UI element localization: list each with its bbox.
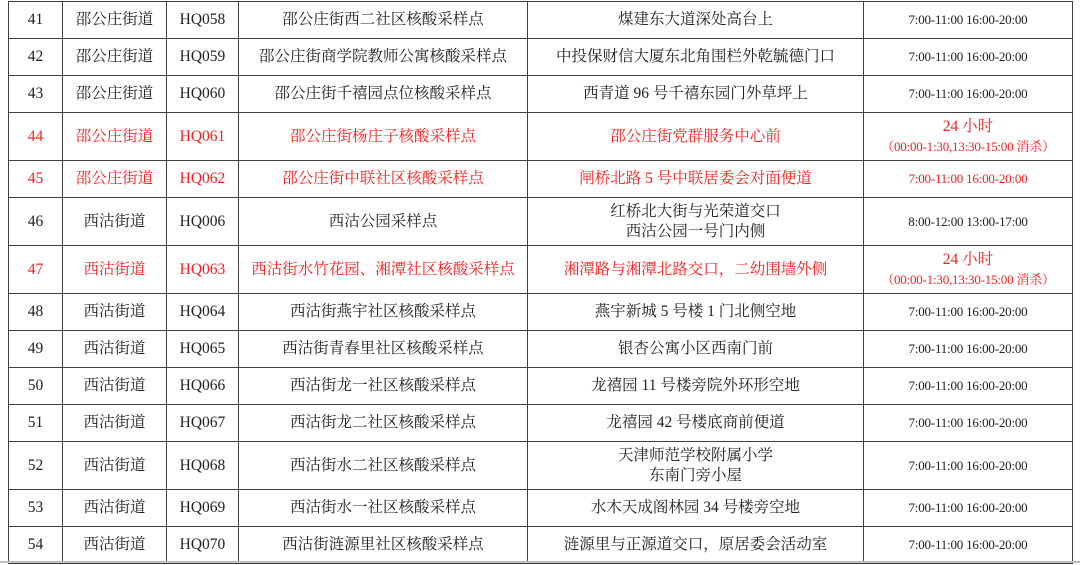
cell-street: 西沽街道 <box>63 368 167 405</box>
cell-site: 西沽街青春里社区核酸采样点 <box>239 331 528 368</box>
cell-hours: 7:00-11:00 16:00-20:00 <box>864 39 1073 76</box>
cell-seq: 49 <box>9 331 63 368</box>
cell-site: 西沽街涟源里社区核酸采样点 <box>239 527 528 564</box>
cell-site: 西沽街水二社区核酸采样点 <box>239 442 528 490</box>
cell-seq: 43 <box>9 76 63 113</box>
cell-street: 西沽街道 <box>63 331 167 368</box>
cell-code: HQ066 <box>167 368 239 405</box>
cell-street: 邵公庄街道 <box>63 113 167 161</box>
cell-code: HQ068 <box>167 442 239 490</box>
cell-address: 煤建东大道深处高台上 <box>528 2 864 39</box>
cell-street: 西沽街道 <box>63 442 167 490</box>
cell-seq: 41 <box>9 2 63 39</box>
page-bottom-edge <box>0 561 1080 563</box>
cell-street: 邵公庄街道 <box>63 39 167 76</box>
cell-seq: 54 <box>9 527 63 564</box>
cell-address: 湘潭路与湘潭北路交口，二幼围墙外侧 <box>528 246 864 294</box>
table-row: 50西沽街道HQ066西沽街龙一社区核酸采样点龙禧园 11 号楼旁院外环形空地7… <box>9 368 1073 405</box>
cell-address: 涟源里与正源道交口，原居委会活动室 <box>528 527 864 564</box>
cell-hours: 7:00-11:00 16:00-20:00 <box>864 405 1073 442</box>
cell-street: 邵公庄街道 <box>63 76 167 113</box>
cell-address: 西青道 96 号千禧东园门外草坪上 <box>528 76 864 113</box>
cell-code: HQ006 <box>167 198 239 246</box>
cell-seq: 47 <box>9 246 63 294</box>
cell-address: 燕宇新城 5 号楼 1 门北侧空地 <box>528 294 864 331</box>
table-row: 48西沽街道HQ064西沽街燕宇社区核酸采样点燕宇新城 5 号楼 1 门北侧空地… <box>9 294 1073 331</box>
table-row: 42邵公庄街道HQ059邵公庄街商学院教师公寓核酸采样点中投保财信大厦东北角围栏… <box>9 39 1073 76</box>
cell-hours: 7:00-11:00 16:00-20:00 <box>864 161 1073 198</box>
cell-street: 西沽街道 <box>63 490 167 527</box>
cell-street: 西沽街道 <box>63 198 167 246</box>
cell-code: HQ059 <box>167 39 239 76</box>
cell-site: 西沽街龙二社区核酸采样点 <box>239 405 528 442</box>
cell-hours: 7:00-11:00 16:00-20:00 <box>864 331 1073 368</box>
cell-code: HQ064 <box>167 294 239 331</box>
cell-seq: 46 <box>9 198 63 246</box>
table-row: 44邵公庄街道HQ061邵公庄街杨庄子核酸采样点邵公庄街党群服务中心前24 小时… <box>9 113 1073 161</box>
cell-code: HQ067 <box>167 405 239 442</box>
cell-seq: 50 <box>9 368 63 405</box>
cell-street: 邵公庄街道 <box>63 2 167 39</box>
cell-hours: 8:00-12:00 13:00-17:00 <box>864 198 1073 246</box>
cell-site: 西沽街水竹花园、湘潭社区核酸采样点 <box>239 246 528 294</box>
cell-hours: 7:00-11:00 16:00-20:00 <box>864 527 1073 564</box>
cell-street: 邵公庄街道 <box>63 161 167 198</box>
cell-code: HQ062 <box>167 161 239 198</box>
cell-address: 邵公庄街党群服务中心前 <box>528 113 864 161</box>
cell-code: HQ070 <box>167 527 239 564</box>
cell-address: 水木天成阁林园 34 号楼旁空地 <box>528 490 864 527</box>
cell-seq: 44 <box>9 113 63 161</box>
cell-street: 西沽街道 <box>63 405 167 442</box>
cell-address: 龙禧园 42 号楼底商前便道 <box>528 405 864 442</box>
cell-site: 邵公庄街杨庄子核酸采样点 <box>239 113 528 161</box>
cell-hours: 24 小时（00:00-1:30,13:30-15:00 消杀） <box>864 113 1073 161</box>
cell-site: 西沽街水一社区核酸采样点 <box>239 490 528 527</box>
cell-site: 邵公庄街西二社区核酸采样点 <box>239 2 528 39</box>
cell-street: 西沽街道 <box>63 246 167 294</box>
cell-code: HQ065 <box>167 331 239 368</box>
cell-code: HQ069 <box>167 490 239 527</box>
cell-hours: 7:00-11:00 16:00-20:00 <box>864 442 1073 490</box>
table-row: 43邵公庄街道HQ060邵公庄街千禧园点位核酸采样点西青道 96 号千禧东园门外… <box>9 76 1073 113</box>
cell-hours: 7:00-11:00 16:00-20:00 <box>864 490 1073 527</box>
table-body: 41邵公庄街道HQ058邵公庄街西二社区核酸采样点煤建东大道深处高台上7:00-… <box>9 2 1073 564</box>
table-row: 45邵公庄街道HQ062邵公庄街中联社区核酸采样点闸桥北路 5 号中联居委会对面… <box>9 161 1073 198</box>
cell-site: 邵公庄街中联社区核酸采样点 <box>239 161 528 198</box>
table-row: 52西沽街道HQ068西沽街水二社区核酸采样点天津师范学校附属小学东南门旁小屋7… <box>9 442 1073 490</box>
cell-address: 闸桥北路 5 号中联居委会对面便道 <box>528 161 864 198</box>
sampling-sites-table: 41邵公庄街道HQ058邵公庄街西二社区核酸采样点煤建东大道深处高台上7:00-… <box>8 1 1073 564</box>
cell-code: HQ063 <box>167 246 239 294</box>
sampling-sites-page: 41邵公庄街道HQ058邵公庄街西二社区核酸采样点煤建东大道深处高台上7:00-… <box>0 0 1080 565</box>
cell-site: 邵公庄街商学院教师公寓核酸采样点 <box>239 39 528 76</box>
cell-hours: 7:00-11:00 16:00-20:00 <box>864 294 1073 331</box>
cell-hours: 7:00-11:00 16:00-20:00 <box>864 2 1073 39</box>
cell-site: 西沽街龙一社区核酸采样点 <box>239 368 528 405</box>
cell-site: 西沽街燕宇社区核酸采样点 <box>239 294 528 331</box>
table-row: 49西沽街道HQ065西沽街青春里社区核酸采样点银杏公寓小区西南门前7:00-1… <box>9 331 1073 368</box>
cell-site: 西沽公园采样点 <box>239 198 528 246</box>
table-row: 51西沽街道HQ067西沽街龙二社区核酸采样点龙禧园 42 号楼底商前便道7:0… <box>9 405 1073 442</box>
cell-address: 龙禧园 11 号楼旁院外环形空地 <box>528 368 864 405</box>
cell-street: 西沽街道 <box>63 294 167 331</box>
cell-seq: 42 <box>9 39 63 76</box>
cell-hours: 7:00-11:00 16:00-20:00 <box>864 76 1073 113</box>
cell-seq: 53 <box>9 490 63 527</box>
cell-address: 中投保财信大厦东北角围栏外乾毓德门口 <box>528 39 864 76</box>
table-row: 46西沽街道HQ006西沽公园采样点红桥北大街与光荣道交口西沽公园一号门内侧8:… <box>9 198 1073 246</box>
cell-code: HQ060 <box>167 76 239 113</box>
cell-hours: 24 小时（00:00-1:30,13:30-15:00 消杀） <box>864 246 1073 294</box>
cell-hours: 7:00-11:00 16:00-20:00 <box>864 368 1073 405</box>
cell-seq: 52 <box>9 442 63 490</box>
cell-address: 银杏公寓小区西南门前 <box>528 331 864 368</box>
cell-address: 天津师范学校附属小学东南门旁小屋 <box>528 442 864 490</box>
cell-seq: 45 <box>9 161 63 198</box>
cell-site: 邵公庄街千禧园点位核酸采样点 <box>239 76 528 113</box>
table-row: 41邵公庄街道HQ058邵公庄街西二社区核酸采样点煤建东大道深处高台上7:00-… <box>9 2 1073 39</box>
cell-street: 西沽街道 <box>63 527 167 564</box>
cell-seq: 48 <box>9 294 63 331</box>
table-row: 54西沽街道HQ070西沽街涟源里社区核酸采样点涟源里与正源道交口，原居委会活动… <box>9 527 1073 564</box>
cell-address: 红桥北大街与光荣道交口西沽公园一号门内侧 <box>528 198 864 246</box>
cell-seq: 51 <box>9 405 63 442</box>
cell-code: HQ061 <box>167 113 239 161</box>
table-row: 47西沽街道HQ063西沽街水竹花园、湘潭社区核酸采样点湘潭路与湘潭北路交口，二… <box>9 246 1073 294</box>
cell-code: HQ058 <box>167 2 239 39</box>
table-row: 53西沽街道HQ069西沽街水一社区核酸采样点水木天成阁林园 34 号楼旁空地7… <box>9 490 1073 527</box>
